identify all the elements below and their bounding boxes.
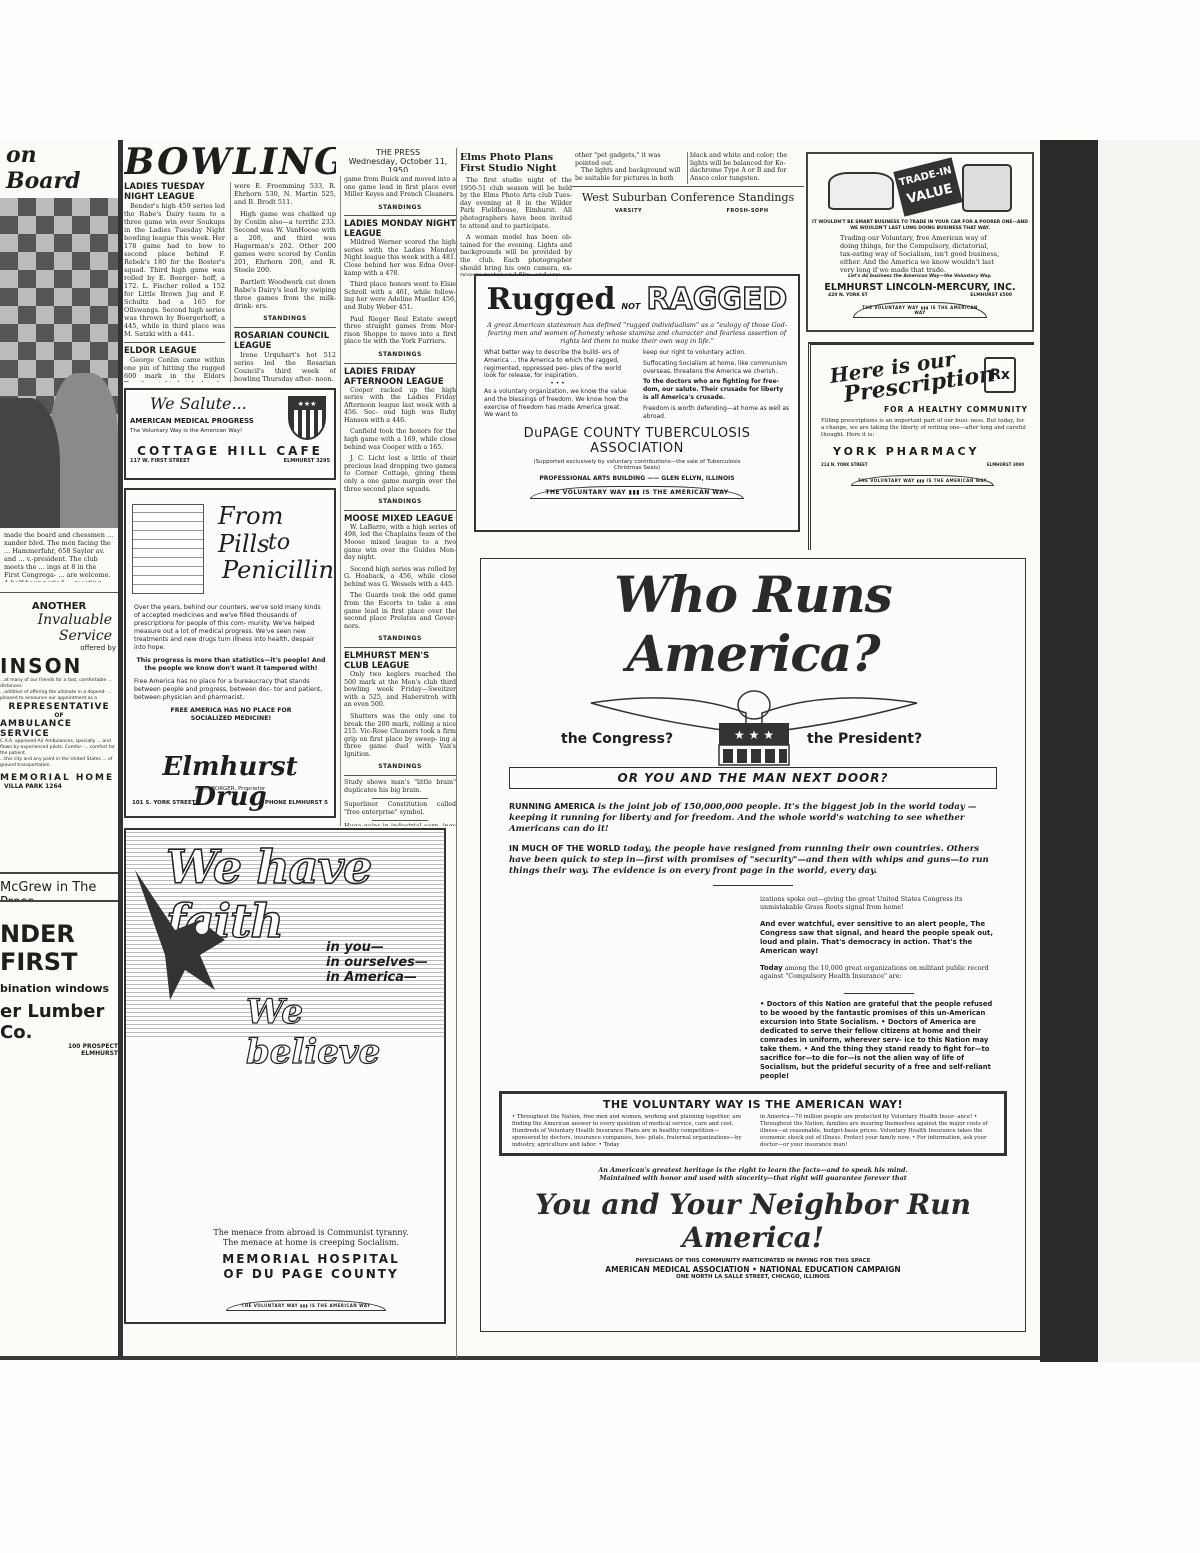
rugged-word: Rugged: [487, 282, 616, 317]
tb-dots: • • •: [484, 380, 631, 388]
ribbon-right: IS THE AMERICAN WAY: [914, 305, 978, 315]
lm-phone: ELMHURST 6500: [970, 293, 1012, 298]
west-suburban-standings: West Suburban Conference Standings VARSI…: [572, 186, 804, 266]
drug-paragraph: This progress is more than statistics—it…: [134, 657, 328, 673]
league-story: game from Buick and moved into a one gam…: [344, 176, 456, 199]
ambulance-invaluable: Invaluable: [0, 612, 118, 628]
ribbon-left: THE VOLUNTARY WAY: [858, 478, 915, 483]
ambulance-text: ...addition of offering the ultimate in …: [0, 690, 118, 702]
varsity-label: VARSITY: [572, 208, 685, 214]
elms-photo-cont: black and white and color; the lights wi…: [687, 152, 799, 184]
voluntary-way-ribbon: THE VOLUNTARY WAY ▮▮▮ IS THE AMERICAN WA…: [226, 1300, 386, 1311]
we-believe-headline: We believe: [246, 992, 444, 1072]
bowling-column-2: were E. Froemming 533, R. Ehrhorn 530, N…: [230, 182, 336, 382]
page-binding-shadow: [1040, 140, 1098, 1362]
faith-line: in America—: [326, 970, 428, 985]
standings-label: STANDINGS: [234, 314, 336, 324]
bowling-title: BOWLING: [124, 142, 336, 182]
lumber-headline: NDER FIRST: [0, 920, 118, 976]
league-story: W. LaBarre, with a high series of 498, l…: [344, 524, 456, 562]
lm-tagline: Let's do business the American Way—the V…: [812, 274, 1028, 279]
column-divider: [456, 148, 457, 1358]
congress-label: the Congress?: [561, 731, 673, 747]
memorial-home-phone: VILLA PARK 1264: [0, 783, 118, 790]
ama-paragraph: among the 10,000 great organizations on …: [760, 965, 989, 980]
lm-address: 420 N. YORK ST: [828, 293, 868, 298]
league-story: Second high series was rolled by G. Hoab…: [344, 566, 456, 589]
not-word: NOT: [621, 302, 640, 311]
league-story: Third place honors went to Elsie Schroll…: [344, 281, 456, 311]
statesman-quote: A great American statesman has defined "…: [484, 321, 790, 345]
ambulance-service-name: AMBULANCE SERVICE: [0, 719, 118, 739]
drug-phone: PHONE ELMHURST 5: [265, 800, 328, 806]
ambulance-representative: REPRESENTATIVE: [0, 702, 118, 712]
bowling-column-1: LADIES TUESDAY NIGHT LEAGUE Bender's hig…: [124, 182, 228, 382]
menace-text: The menace from abroad is Communist tyra…: [186, 1228, 436, 1248]
standings-label: STANDINGS: [344, 497, 456, 507]
york-pharmacy-ad: Here is our Prescription Rx FOR A HEALTH…: [808, 342, 1034, 550]
standings-label: STANDINGS: [344, 762, 456, 772]
voluntary-way-ribbon: THE VOLUNTARY WAY ▮▮▮ IS THE AMERICAN WA…: [851, 475, 994, 486]
league-heading: MOOSE MIXED LEAGUE: [344, 514, 456, 524]
league-story: J. C. Licht lost a little of their preci…: [344, 455, 456, 493]
league-story: The Guards took the odd game from the Es…: [344, 592, 456, 630]
lm-headline: IT WOULDN'T BE SMART BUSINESS TO TRADE I…: [812, 220, 1028, 232]
standings-label: STANDINGS: [344, 350, 456, 360]
eagle-banner: ★ ★ ★ the Congress? the President?: [481, 683, 1025, 767]
lincoln-mercury-ad: TRADE-IN VALUE IT WOULDN'T BE SMART BUSI…: [806, 152, 1034, 332]
eagle-wings-icon: ★ ★ ★: [481, 683, 1026, 767]
ama-intro: RUNNING AMERICA is the joint job of 150,…: [481, 789, 1025, 886]
drug-address: 101 S. YORK STREET: [132, 800, 195, 806]
who-runs-america-title: Who Runs America?: [481, 565, 1025, 683]
ambulance-service: Service: [0, 628, 118, 644]
tb-paragraph: keep our right to voluntary action.: [643, 349, 790, 357]
league-story: Irene Urquhart's hot 512 series led the …: [234, 351, 336, 383]
tb-association-name: DuPAGE COUNTY TUBERCULOSIS ASSOCIATION: [484, 426, 790, 456]
drug-paragraph: Over the years, behind our counters, we'…: [134, 604, 328, 652]
old-car-icon: [962, 164, 1012, 212]
tb-paragraph: As a voluntary organization, we know the…: [484, 388, 631, 419]
who-runs-america-ad: Who Runs America? ★ ★ ★ the Congress? th…: [480, 558, 1026, 1332]
elms-photo-cont: other "pet gadgets," it was pointed out.…: [573, 152, 685, 184]
league-story: High game was chalked up by Conlin also—…: [234, 210, 336, 274]
memorial-hospital-ad: We have faith in you— in ourselves— in A…: [124, 828, 446, 1324]
lm-body: Trading our Voluntary, free American way…: [812, 232, 1028, 274]
lumber-city: ELMHURST: [0, 1050, 118, 1057]
chess-photo-story: on Board made the board and chessmen ...…: [0, 142, 118, 582]
drug-title-line3: Penicillin: [222, 556, 334, 584]
league-heading: ELDOR LEAGUE: [124, 346, 225, 356]
york-pharmacy-name: YORK PHARMACY: [817, 445, 1028, 458]
faith-line: in ourselves—: [326, 955, 428, 970]
drug-ad-body: Over the years, behind our counters, we'…: [134, 604, 328, 723]
heritage-line: Maintained with honor and used with sinc…: [481, 1174, 1025, 1182]
ambulance-text: ...this city and any point in the United…: [0, 757, 118, 769]
ambulance-offered-by: offered by: [0, 644, 118, 652]
league-heading: LADIES MONDAY NIGHT LEAGUE: [344, 219, 456, 239]
filler-item: Huge gains in industrial earn- ings show…: [344, 823, 456, 826]
ama-right-column: izations spoke out—giving the great Unit…: [760, 896, 997, 1081]
league-story: Cooper racked up the high series with th…: [344, 387, 456, 425]
person-silhouette: [50, 373, 118, 528]
voluntary-way-title: THE VOLUNTARY WAY IS THE AMERICAN WAY!: [512, 1098, 994, 1111]
ambulance-of: OF: [0, 712, 118, 719]
cafe-name: COTTAGE HILL CAFE: [130, 444, 330, 458]
paper-name: THE PRESS: [340, 148, 456, 157]
menace-line: The menace from abroad is Communist tyra…: [186, 1228, 436, 1238]
chess-caption: made the board and chessmen ... xander b…: [0, 528, 118, 582]
hospital-name: MEMORIAL HOSPITAL OF DU PAGE COUNTY: [186, 1252, 436, 1282]
ama-campaign-name: AMERICAN MEDICAL ASSOCIATION • NATIONAL …: [481, 1265, 1025, 1274]
drug-contact: 101 S. YORK STREET PHONE ELMHURST 5: [132, 800, 328, 806]
tb-paragraph: What better way to describe the build- e…: [484, 349, 631, 380]
menace-line: The menace at home is creeping Socialism…: [186, 1238, 436, 1248]
cafe-address: 117 W. FIRST STREET: [130, 458, 190, 464]
league-story: Only two keglers reached the 500 mark at…: [344, 671, 456, 709]
york-address: 214 N. YORK STREET: [821, 462, 868, 467]
standings-title: West Suburban Conference Standings: [572, 191, 804, 204]
elms-paragraph: black and white and color; the lights wi…: [690, 152, 799, 182]
ama-paragraph: izations spoke out—giving the great Unit…: [760, 896, 997, 912]
ama-paragraph: And ever watchful, ever sensitive to an …: [760, 920, 997, 956]
chess-photo: [0, 198, 118, 528]
lumber-company-name: er Lumber Co.: [0, 1001, 118, 1043]
drug-paragraph: Free America has no place for a bureaucr…: [134, 678, 328, 702]
mcgrew-banner: McGrew in The Press: [0, 872, 118, 902]
league-story: Shutters was the only one to break the 2…: [344, 713, 456, 759]
elms-photo-story: Elms Photo Plans First Studio Night The …: [460, 152, 572, 276]
tb-support-note: (Supported exclusively by voluntary cont…: [524, 459, 750, 471]
rx-mortar-icon: Rx: [984, 357, 1016, 393]
intro-lead: RUNNING AMERICA: [509, 802, 595, 811]
bowling-column-3: game from Buick and moved into a one gam…: [340, 176, 456, 826]
filler-item: Superliner Constitution called "free ent…: [344, 801, 456, 816]
voluntary-way-ribbon: THE VOLUNTARY WAY ▮▮▮ IS THE AMERICAN WA…: [530, 486, 744, 499]
page-bottom-edge: [0, 1356, 1040, 1360]
ribbon-left: THE VOLUNTARY WAY: [242, 1303, 299, 1308]
page-margin: [1098, 140, 1200, 1362]
ambulance-company-name: INSON: [0, 654, 118, 678]
memorial-home: MEMORIAL HOME: [0, 773, 118, 783]
man-next-door-banner: OR YOU AND THE MAN NEXT DOOR?: [509, 767, 997, 789]
league-story: George Conlin came within one pin of hit…: [124, 356, 225, 382]
heritage-text: An American's greatest heritage is the r…: [481, 1166, 1025, 1182]
lumber-address: 100 PROSPECT: [0, 1043, 118, 1050]
lumber-subhead: bination windows: [0, 982, 118, 995]
elmhurst-drug-ad: From Pills to Penicillin Over the years,…: [124, 488, 336, 818]
elms-paragraph: other "pet gadgets," it was pointed out.: [575, 152, 685, 167]
ribbon-left: THE VOLUNTARY WAY: [545, 489, 626, 496]
svg-text:★ ★ ★: ★ ★ ★: [734, 728, 774, 742]
league-heading: LADIES TUESDAY NIGHT LEAGUE: [124, 182, 225, 202]
tb-address: PROFESSIONAL ARTS BUILDING —— GLEN ELLYN…: [484, 475, 790, 482]
voluntary-way-ribbon: THE VOLUNTARY WAY ▮▮▮ IS THE AMERICAN WA…: [853, 302, 987, 318]
elms-paragraph: A woman model has been ob- tained for th…: [460, 234, 572, 276]
ambulance-text: C.A.A. approved Air Ambulances, speciall…: [0, 739, 118, 757]
league-story: Bender's high 459 series led the Rabe's …: [124, 202, 225, 338]
eagle-icon: [130, 860, 230, 1010]
trade-in-badge: TRADE-IN VALUE: [893, 157, 962, 216]
tb-paragraph: Freedom is worth defending—at home as we…: [643, 405, 790, 421]
league-story: Bartlett Woodwork cut down Rabe's Dairy'…: [234, 278, 336, 310]
filler-item: Study shows man's "little brain" duplica…: [344, 779, 456, 794]
voluntary-paragraph: • Throughout the Nation, free men and wo…: [512, 1114, 746, 1149]
hospital-name-line: MEMORIAL HOSPITAL: [186, 1252, 436, 1267]
pharmacy-scale-illustration: [132, 504, 204, 594]
cafe-phone: ELMHURST 3295: [284, 458, 330, 464]
masthead: THE PRESS Wednesday, October 11, 1950: [340, 148, 456, 172]
ribbon-left: THE VOLUNTARY WAY: [862, 305, 919, 310]
ribbon-right: IS THE AMERICAN WAY: [310, 1303, 370, 1308]
elms-headline: Elms Photo Plans: [460, 152, 572, 163]
shield-icon: ★★★: [288, 396, 326, 440]
elms-headline: First Studio Night: [460, 163, 572, 174]
president-label: the President?: [807, 731, 922, 747]
ama-address: ONE NORTH LA SALLE STREET, CHICAGO, ILLI…: [481, 1274, 1025, 1280]
bowling-title-block: BOWLING: [124, 142, 336, 182]
voluntary-paragraph: in America—70 million people are protect…: [760, 1114, 994, 1149]
league-heading: ROSARIAN COUNCIL LEAGUE: [234, 331, 336, 351]
today-lead: Today: [760, 964, 783, 972]
league-heading: ELMHURST MEN'S CLUB LEAGUE: [344, 651, 456, 671]
faith-line: in you—: [326, 940, 428, 955]
ambulance-another: ANOTHER: [0, 601, 118, 612]
ambulance-text: ...at many of our friends for a fast, co…: [0, 678, 118, 690]
drug-paragraph: FREE AMERICA HAS NO PLACE FOR SOCIALIZED…: [154, 707, 308, 723]
doctors-statement: • Doctors of this Nation are grateful th…: [760, 1000, 997, 1081]
closing-slogan: You and Your Neighbor Run America!: [481, 1188, 1025, 1254]
drug-title-line2: to: [268, 530, 290, 555]
person-silhouette: [0, 398, 60, 528]
cottage-hill-cafe-ad: We Salute... AMERICAN MEDICAL PROGRESS T…: [124, 388, 336, 480]
standings-label: STANDINGS: [344, 634, 456, 644]
standings-label: STANDINGS: [344, 203, 456, 213]
ribbon-right: IS THE AMERICAN WAY: [643, 489, 729, 496]
elms-paragraph: The lights and background will be suitab…: [575, 167, 685, 182]
column-divider: [118, 140, 123, 1358]
league-story: Paul Rieger Real Estate swept three stra…: [344, 316, 456, 346]
chess-headline: on Board: [0, 142, 118, 194]
voluntary-way-box: THE VOLUNTARY WAY IS THE AMERICAN WAY! •…: [499, 1091, 1007, 1156]
car-icon: [828, 172, 894, 210]
lumber-ad: NDER FIRST bination windows er Lumber Co…: [0, 910, 118, 1355]
tb-paragraph: To the doctors who are fighting for free…: [643, 378, 790, 401]
frosh-soph-label: FROSH-SOPH: [691, 208, 804, 214]
ragged-word: RAGGED: [646, 282, 787, 317]
league-story: Canfield took the honors for the high ga…: [344, 428, 456, 451]
faith-lines: in you— in ourselves— in America—: [326, 940, 428, 985]
issue-date: Wednesday, October 11, 1950: [340, 157, 456, 172]
tuberculosis-association-ad: Rugged NOT RAGGED A great American state…: [474, 274, 800, 532]
heritage-line: An American's greatest heritage is the r…: [481, 1166, 1025, 1174]
tb-paragraph: Suffocating Socialism at home, like comm…: [643, 360, 790, 376]
elms-paragraph: The first studio night of the 1950-51 cl…: [460, 177, 572, 230]
hospital-name-line: OF DU PAGE COUNTY: [186, 1267, 436, 1282]
lm-dealer-name: ELMHURST LINCOLN-MERCURY, INC.: [812, 282, 1028, 293]
league-story: were E. Froemming 533, R. Ehrhorn 530, N…: [234, 182, 336, 206]
drug-proprietor: M. M. BORGER, Proprietor: [126, 786, 334, 792]
ribbon-right: IS THE AMERICAN WAY: [927, 478, 987, 483]
ama-sponsor-note: PHYSICIANS OF THIS COMMUNITY PARTICIPATE…: [481, 1258, 1025, 1264]
league-heading: LADIES FRIDAY AFTERNOON LEAGUE: [344, 367, 456, 387]
intro-lead: IN MUCH OF THE WORLD: [509, 844, 620, 853]
league-story: Mildred Werner scored the high series wi…: [344, 239, 456, 277]
york-body: Filling prescriptions is an important pa…: [817, 418, 1028, 439]
ambulance-ad: ANOTHER Invaluable Service offered by IN…: [0, 592, 118, 862]
york-phone: ELMHURST 3090: [987, 462, 1024, 467]
